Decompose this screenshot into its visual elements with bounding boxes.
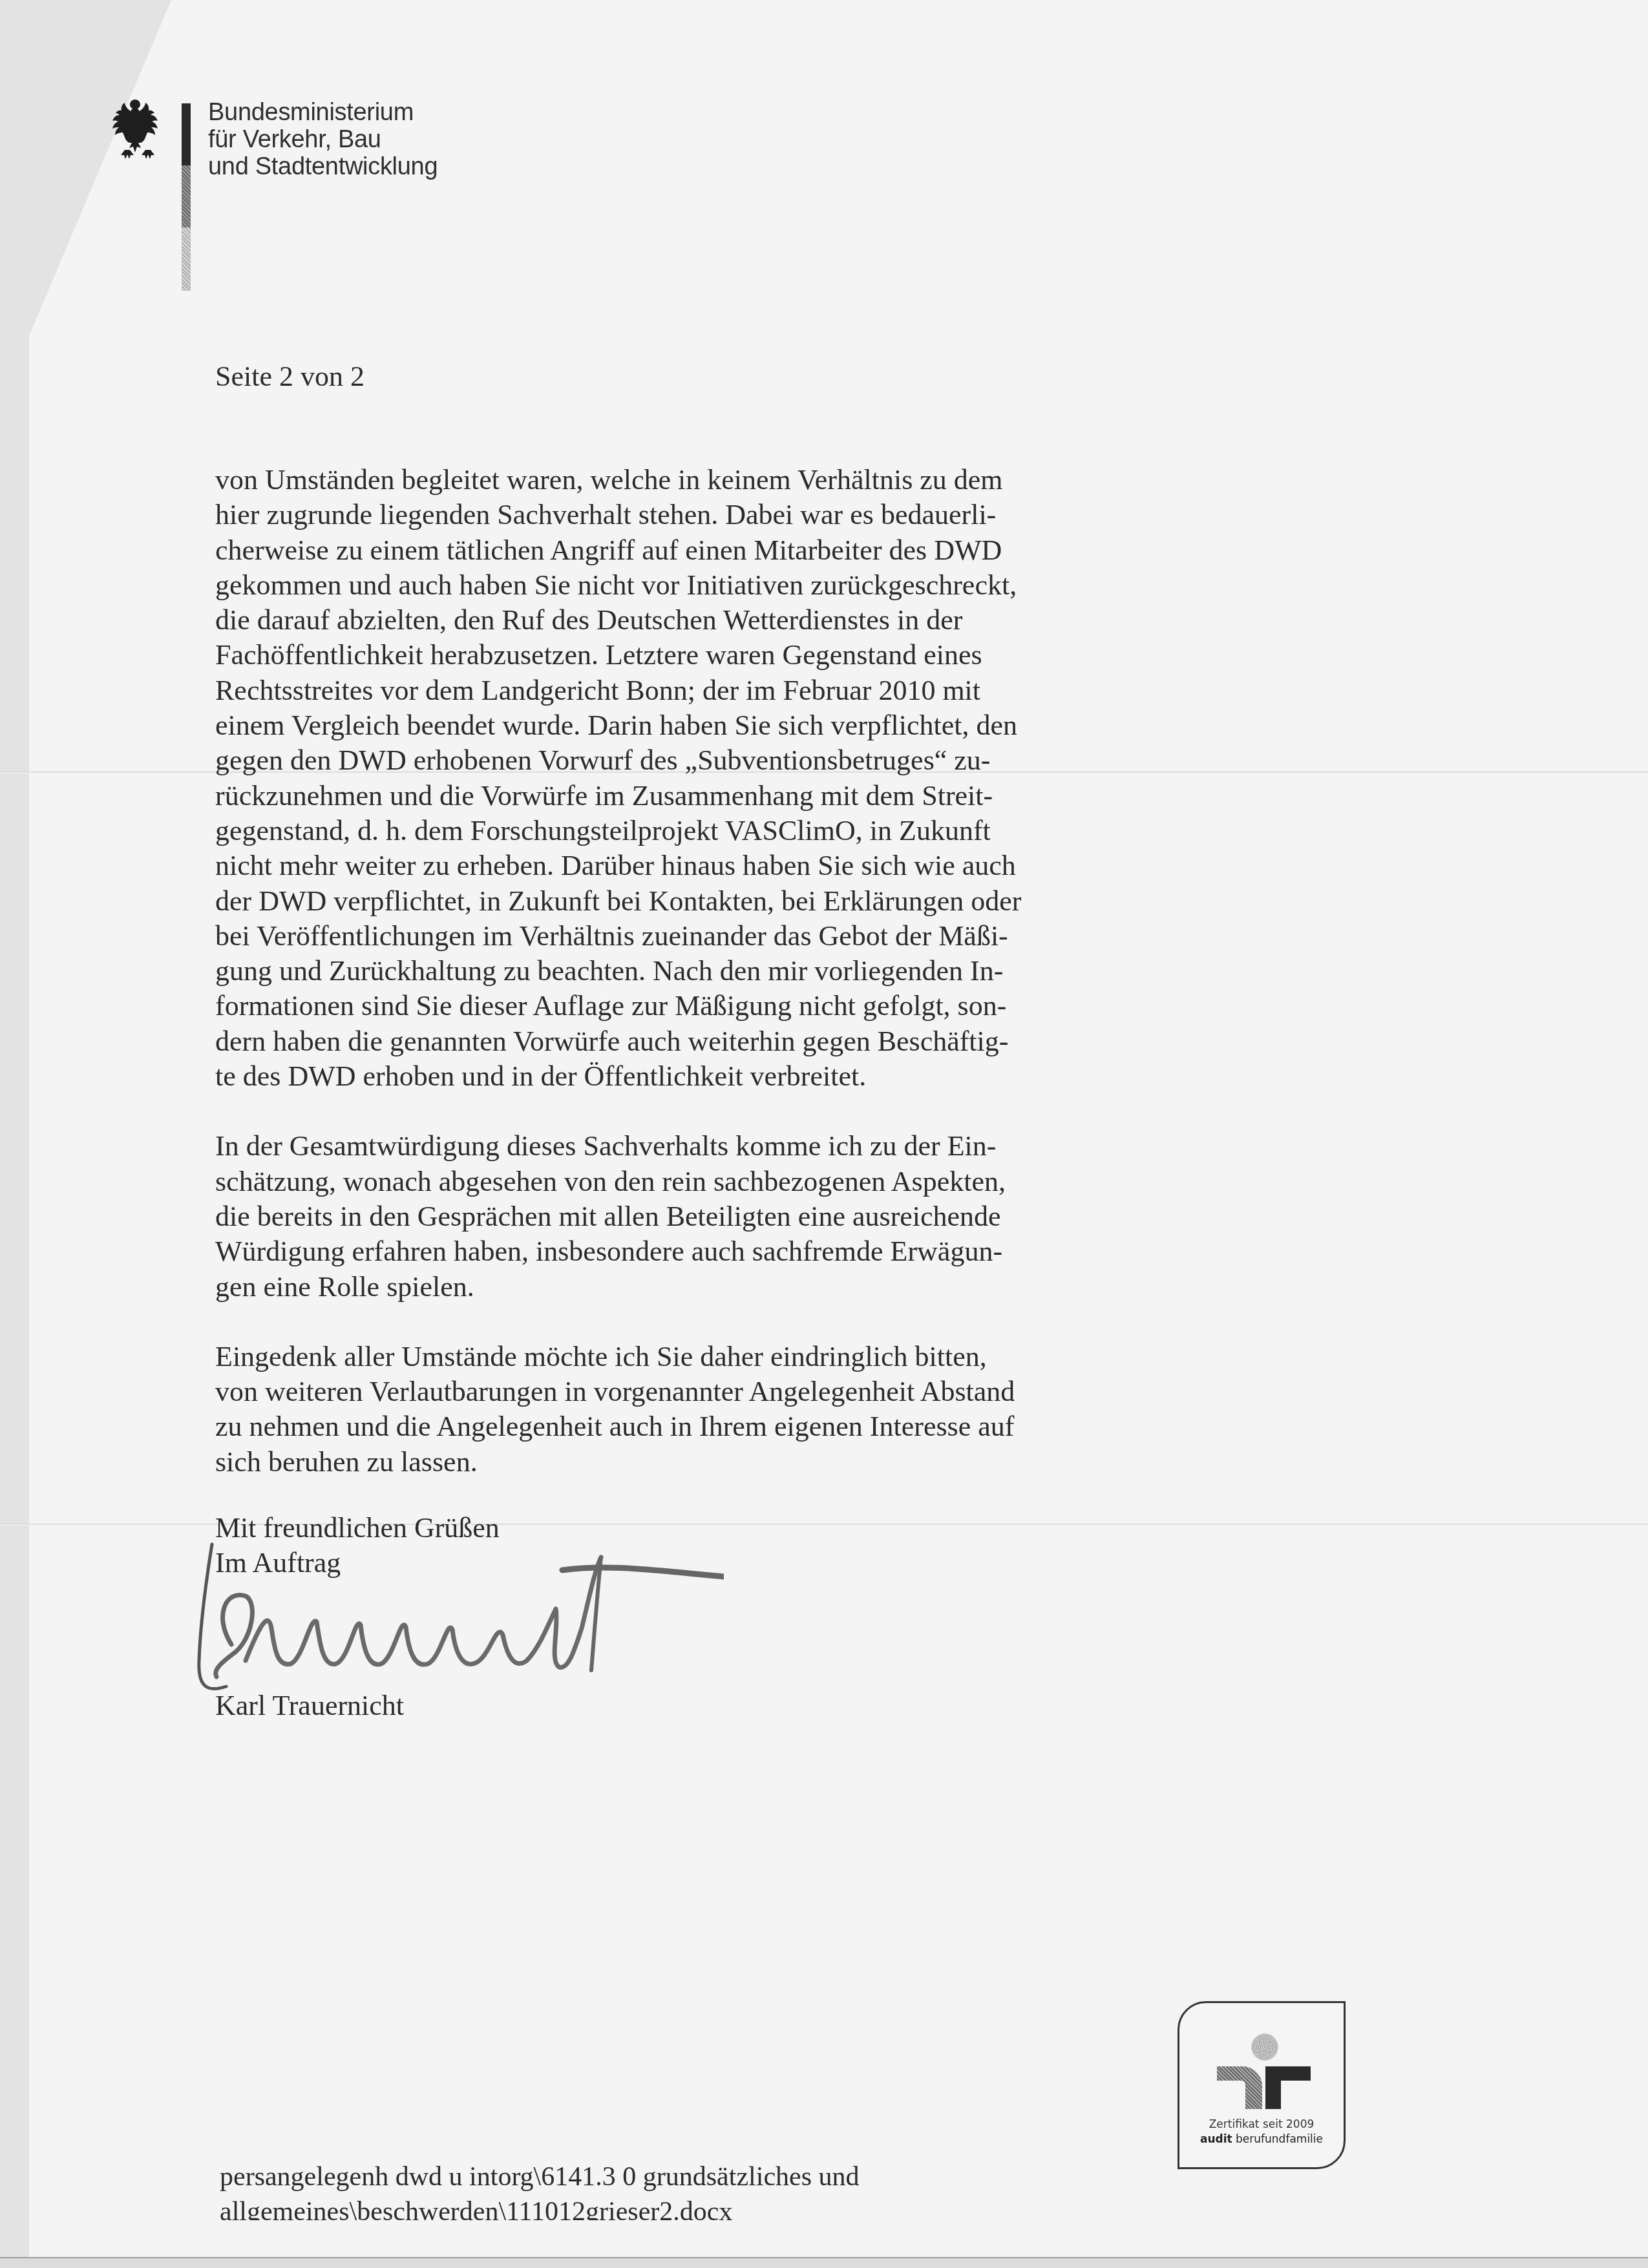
- page-indicator: Seite 2 von 2: [215, 359, 364, 394]
- body-text-line: formationen sind Sie dieser Auflage zur …: [215, 989, 1146, 1024]
- body-text-line: te des DWD erhoben und in der Öffentlich…: [215, 1059, 1146, 1094]
- body-text-line: gen eine Rolle spielen.: [215, 1270, 1146, 1305]
- body-text-line: In der Gesamtwürdigung dieses Sachverhal…: [215, 1129, 1146, 1164]
- body-text-line: gegenstand, d. h. dem Forschungsteilproj…: [215, 814, 1146, 848]
- body-paragraph: von Umständen begleitet waren, welche in…: [215, 463, 1146, 1094]
- body-text-line: von Umständen begleitet waren, welche in…: [215, 463, 1146, 498]
- audit-logo-left-shape-icon: [1217, 2066, 1262, 2109]
- certificate-since: Zertifikat seit 2009: [1179, 2118, 1344, 2131]
- body-text-line: Rechtsstreites vor dem Landgericht Bonn;…: [215, 673, 1146, 708]
- file-path-footer: persangelegenh dwd u intorg\6141.3 0 gru…: [220, 2159, 860, 2220]
- body-text-line: die bereits in den Gesprächen mit allen …: [215, 1199, 1146, 1234]
- body-text-line: dern haben die genannten Vorwürfe auch w…: [215, 1024, 1146, 1059]
- body-paragraph: In der Gesamtwürdigung dieses Sachverhal…: [215, 1129, 1146, 1304]
- file-path-line: persangelegenh dwd u intorg\6141.3 0 gru…: [220, 2159, 860, 2194]
- body-text-line: hier zugrunde liegenden Sachverhalt steh…: [215, 498, 1146, 532]
- body-paragraph: Eingedenk aller Umstände möchte ich Sie …: [215, 1339, 1146, 1480]
- handwritten-signature: [187, 1531, 724, 1706]
- body-text-line: Eingedenk aller Umstände möchte ich Sie …: [215, 1339, 1146, 1374]
- body-text-line: schätzung, wonach abgesehen von den rein…: [215, 1164, 1146, 1199]
- certificate-label: audit berufundfamilie: [1179, 2133, 1344, 2146]
- audit-logo-right-shape-icon: [1265, 2066, 1311, 2109]
- body-text-line: gung und Zurückhaltung zu beachten. Nach…: [215, 954, 1146, 989]
- body-text-line: gekommen und auch haben Sie nicht vor In…: [215, 568, 1146, 603]
- body-text-line: Würdigung erfahren haben, insbesondere a…: [215, 1234, 1146, 1269]
- certificate-label-rest: berufundfamilie: [1232, 2133, 1323, 2146]
- body-text-line: der DWD verpflichtet, in Zukunft bei Kon…: [215, 884, 1146, 919]
- federal-eagle-icon: [105, 97, 165, 164]
- file-path-line: allgemeines\beschwerden\111012grieser2.d…: [220, 2194, 860, 2220]
- letterhead-color-bar: [182, 103, 191, 291]
- body-text-line: bei Veröffentlichungen im Verhältnis zue…: [215, 919, 1146, 954]
- body-text-line: rückzunehmen und die Vorwürfe im Zusamme…: [215, 779, 1146, 814]
- certificate-label-bold: audit: [1200, 2133, 1232, 2146]
- audit-berufundfamilie-certificate: Zertifikat seit 2009 audit berufundfamil…: [1178, 2001, 1346, 2169]
- letter-body: von Umständen begleitet waren, welche in…: [215, 463, 1146, 1515]
- body-text-line: cherweise zu einem tätlichen Angriff auf…: [215, 533, 1146, 568]
- body-text-line: einem Vergleich beendet wurde. Darin hab…: [215, 708, 1146, 743]
- body-text-line: Fachöffentlichkeit herabzusetzen. Letzte…: [215, 638, 1146, 673]
- body-text-line: gegen den DWD erhobenen Vorwurf des „Sub…: [215, 743, 1146, 778]
- body-text-line: die darauf abzielten, den Ruf des Deutsc…: [215, 603, 1146, 638]
- ministry-name-line: Bundesministerium: [208, 99, 438, 126]
- ministry-name: Bundesministerium für Verkehr, Bau und S…: [208, 99, 438, 180]
- signer-name: Karl Trauernicht: [215, 1688, 404, 1723]
- ministry-name-line: für Verkehr, Bau: [208, 126, 438, 153]
- audit-logo-dot-icon: [1251, 2033, 1278, 2061]
- paper-bottom-edge: [0, 2257, 1648, 2268]
- body-text-line: zu nehmen und die Angelegenheit auch in …: [215, 1409, 1146, 1444]
- ministry-name-line: und Stadtentwicklung: [208, 153, 438, 180]
- body-text-line: nicht mehr weiter zu erheben. Darüber hi…: [215, 848, 1146, 883]
- body-text-line: sich beruhen zu lassen.: [215, 1445, 1146, 1480]
- body-text-line: von weiteren Verlautbarungen in vorgenan…: [215, 1374, 1146, 1409]
